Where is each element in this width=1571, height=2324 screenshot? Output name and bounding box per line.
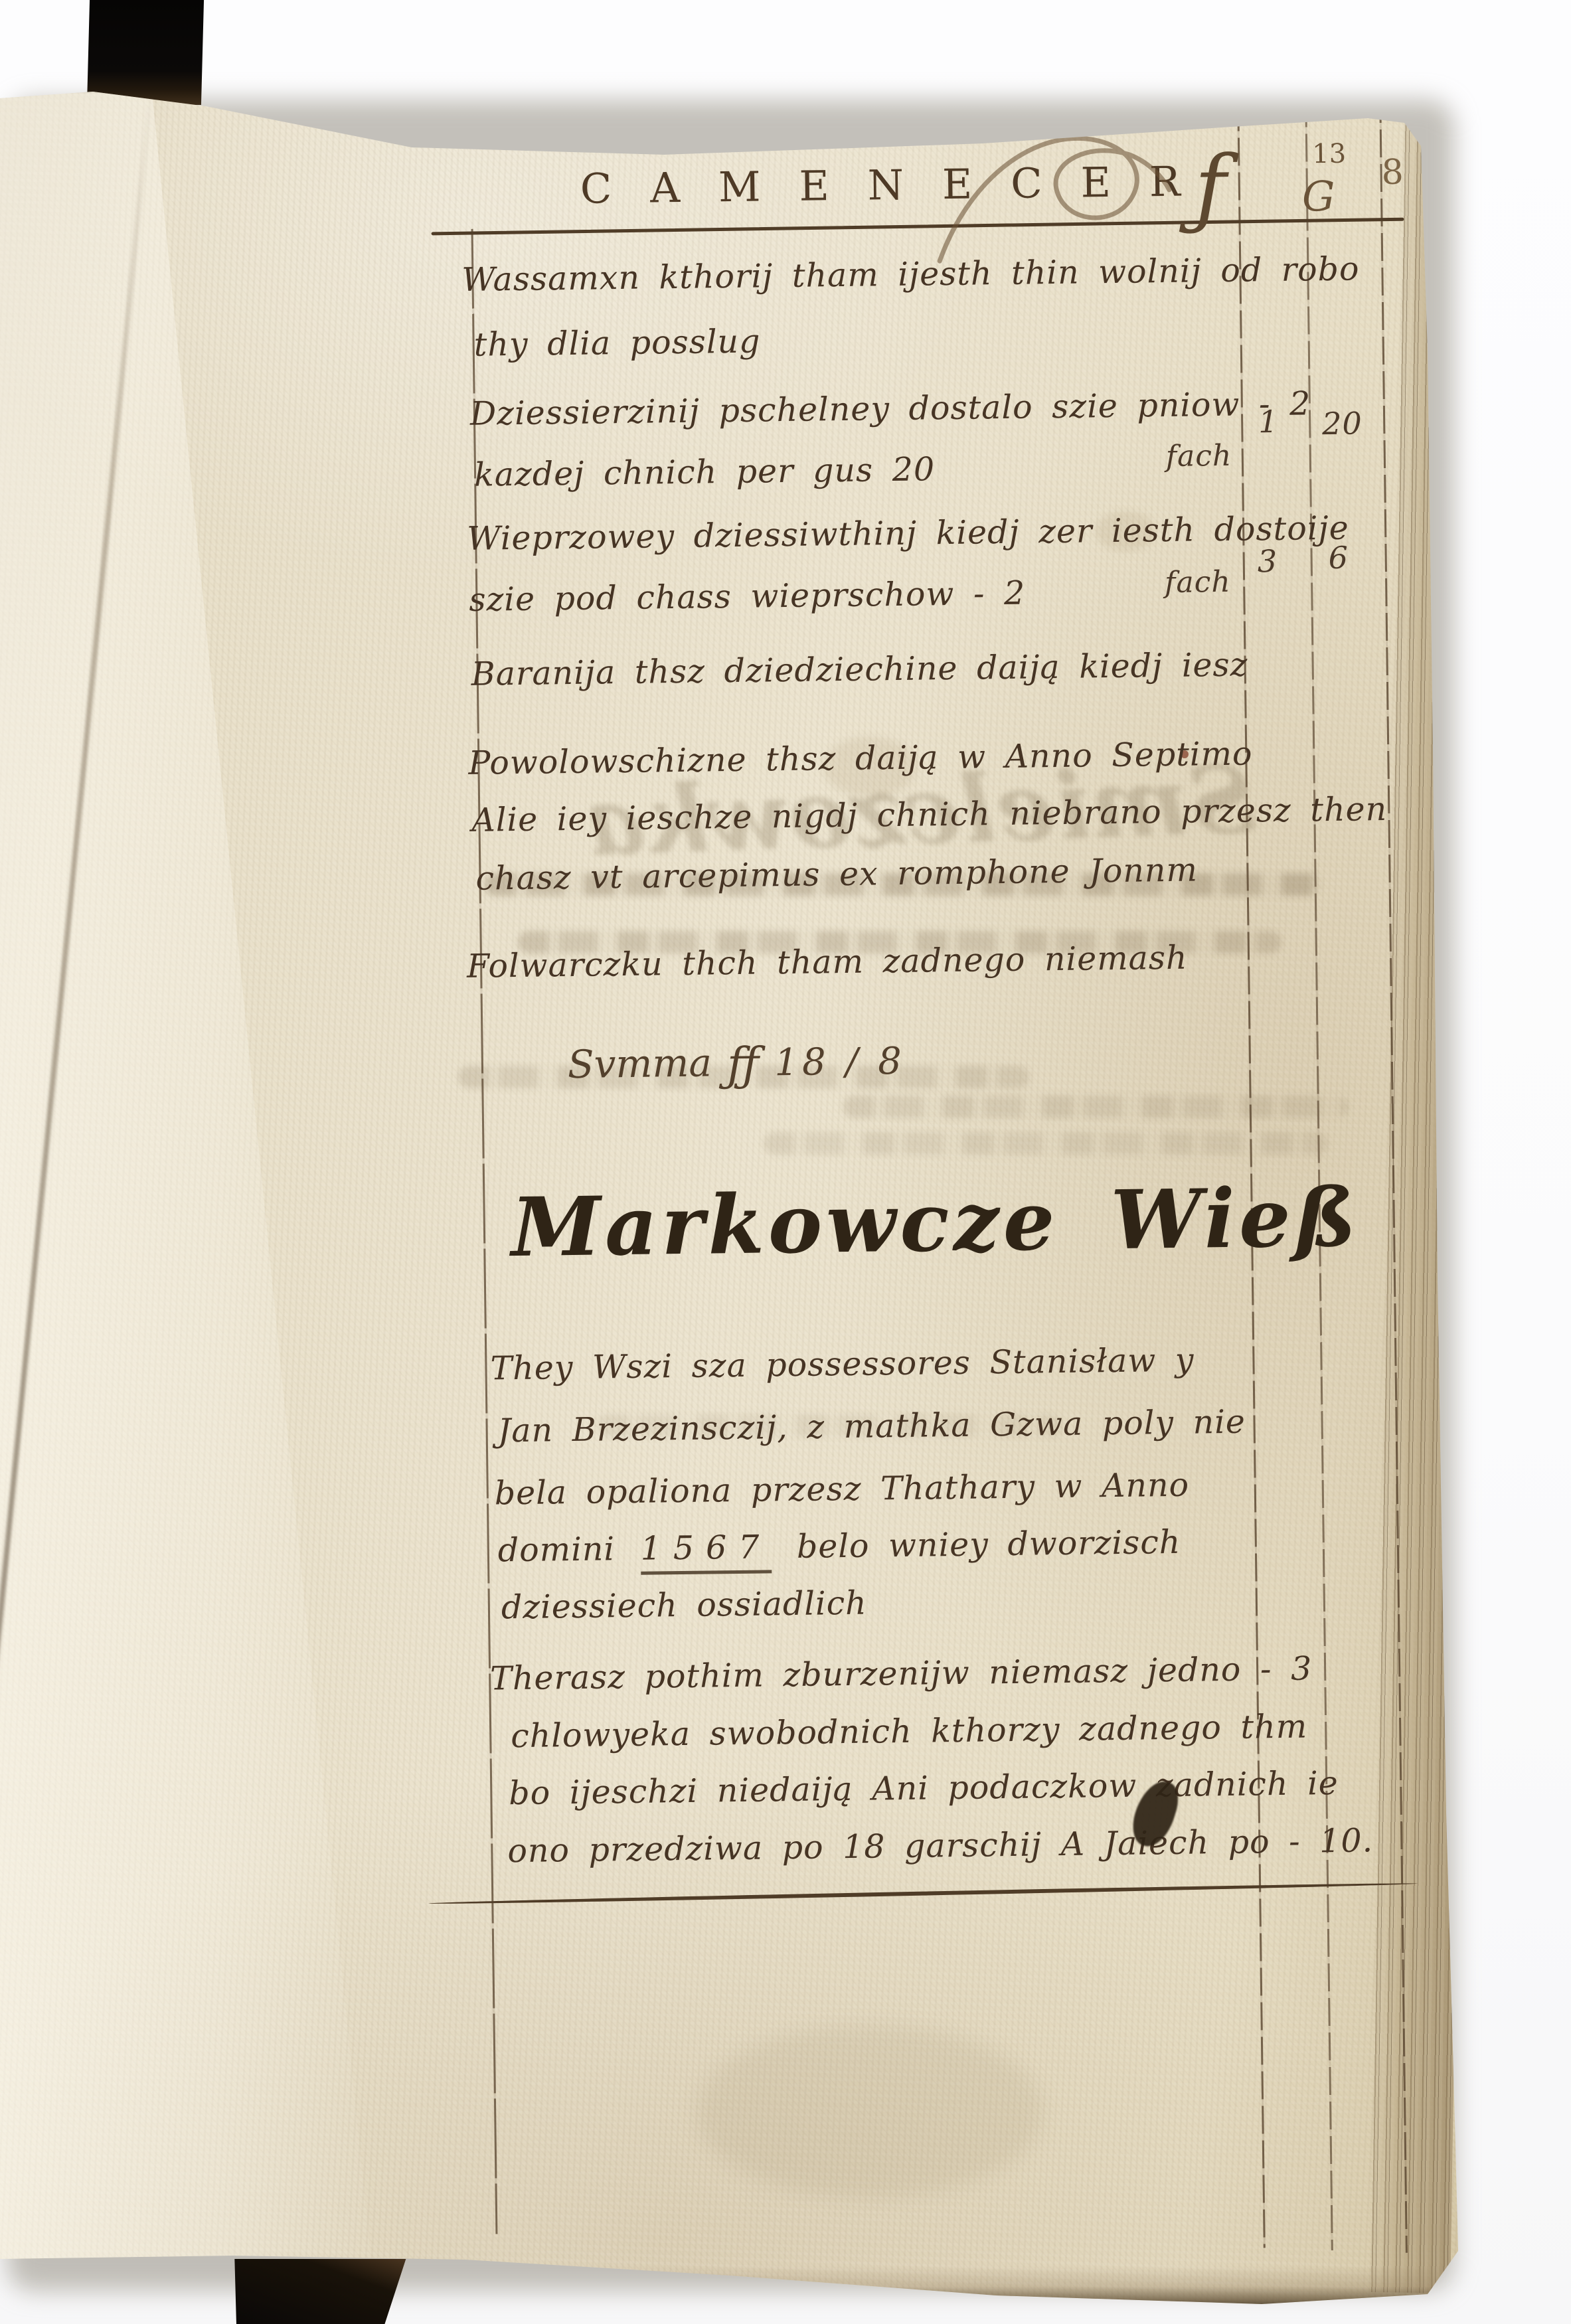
column-value: 6 (1328, 540, 1349, 576)
ink-layer: CAMENECER ƒ 13 G 8 Wassamxn kthorij tham… (0, 77, 1493, 2316)
summa-total: Svmma ƒƒ 18 / 8 (567, 1033, 906, 1089)
entry-line: Alie iey ieschze nigdj chnich niebrano p… (471, 790, 1387, 839)
entry-line: Folwarczku thch tham zadnego niemash (467, 939, 1188, 985)
underlined-year: 1567 (640, 1528, 772, 1574)
entry-line: ono przedziwa po 18 garschij A Jaiech po… (507, 1821, 1373, 1870)
entry-line: bela opaliona przesz Thathary w Anno (494, 1466, 1189, 1513)
entry-line: szie pod chass wieprschow - 2 (469, 574, 1026, 619)
entry-line: Therasz pothim zburzenijw niemasz jedno … (490, 1649, 1313, 1697)
entry-line: Wassamxn kthorij tham ijesth thin wolnij… (461, 250, 1360, 299)
column-value: 1 (1258, 404, 1279, 440)
binding-ribbon-bottom (231, 2259, 408, 2324)
florin-sign: ƒƒ (727, 1038, 760, 1092)
binding-ribbon-top (87, 0, 204, 105)
folio-number: 13 (1312, 139, 1346, 170)
flourish-mark: ƒ (1194, 137, 1227, 238)
edge-folio-number: 8 (1381, 153, 1404, 193)
margin-label: fach (1165, 439, 1232, 473)
entry-line: Baranija thsz dziedziechine daiją kiedj … (471, 646, 1248, 693)
entry-line: chlowyeka swobodnich kthorzy zadnego thm (511, 1708, 1308, 1756)
column-value: 3 (1257, 543, 1278, 579)
footer-rule (428, 1882, 1418, 1906)
entry-line: kazdej chnich per gus 20 (474, 450, 936, 493)
margin-label: fach (1165, 565, 1231, 600)
entry-line-with-date: domini 1567 belo wniey dworzisch (498, 1523, 1181, 1570)
section-heading: Markowcze Wieß (511, 1169, 1361, 1276)
manuscript-scan: Smielczowka CAMENECER ƒ 13 G (0, 0, 1571, 2324)
entry-line: Wieprzowey dziessiwthinj kiedj zer iesth… (467, 509, 1349, 558)
entry-line: thy dlia posslug (473, 322, 760, 363)
summa-value: 18 / 8 (774, 1040, 906, 1084)
manuscript-page: Smielczowka CAMENECER ƒ 13 G (0, 86, 1467, 2307)
column-rule-3 (1379, 95, 1408, 2253)
date-line-pre: domini (498, 1530, 616, 1569)
summa-label: Svmma (568, 1040, 712, 1087)
folio-letter-mark: G (1302, 172, 1335, 221)
entry-line: bo ijeschzi niedaiją Ani podaczkow zadni… (509, 1764, 1339, 1812)
date-line-post: belo wniey dworzisch (797, 1523, 1181, 1566)
header-rule (432, 218, 1404, 236)
column-value: 20 (1322, 405, 1363, 442)
entry-line: They Wszi sza possessores Stanisław y (490, 1341, 1195, 1388)
entry-line: Dziessierzinij pschelney dostalo szie pn… (470, 384, 1311, 432)
entry-line: dziessiech ossiadlich (501, 1584, 867, 1627)
entry-line: Jan Brzezinsczij, z mathka Gzwa poly nie (497, 1403, 1246, 1450)
entry-line: Powolowschizne thsz daiją w Anno Septimo (468, 734, 1253, 782)
entry-line: chasz vt arcepimus ex romphone Jonnm (475, 851, 1198, 897)
